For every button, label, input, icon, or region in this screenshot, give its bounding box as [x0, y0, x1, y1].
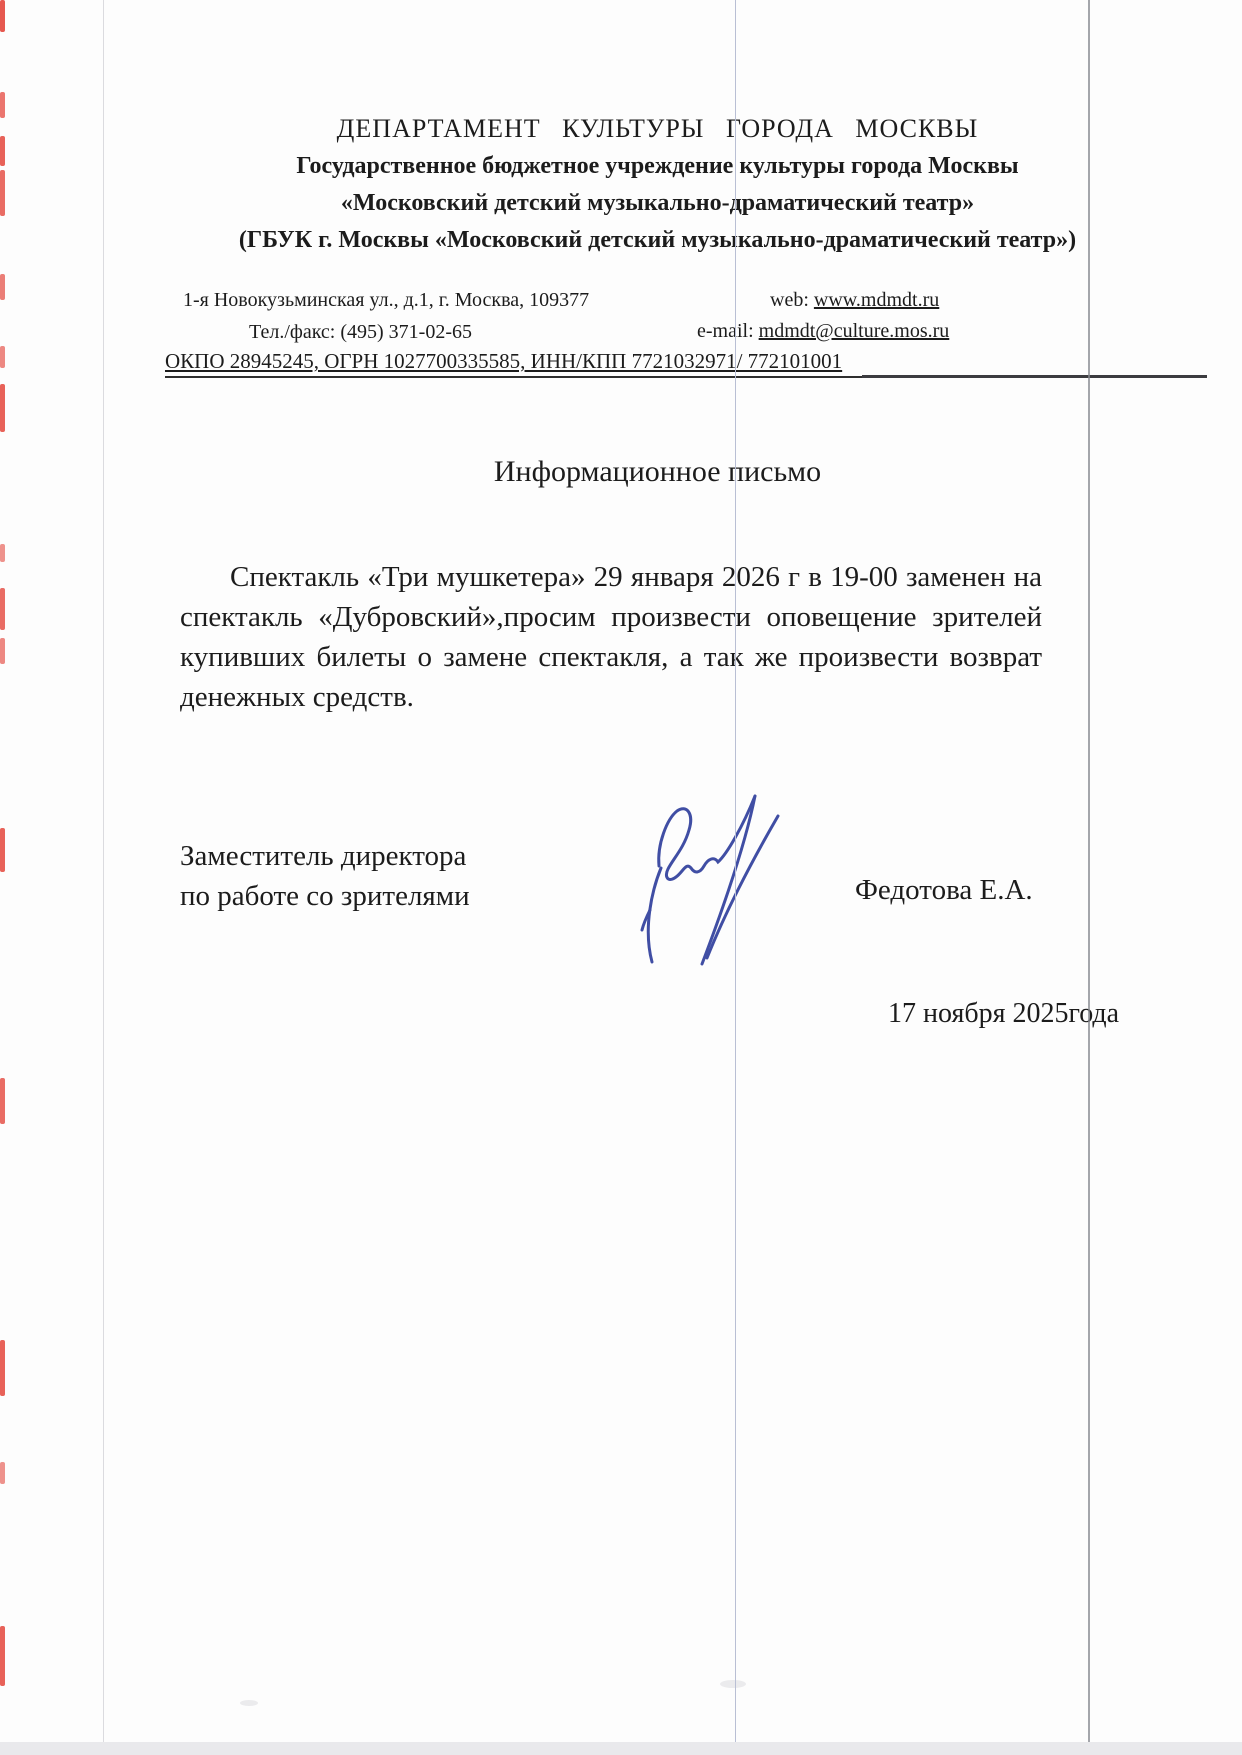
web-url: www.mdmdt.ru — [814, 289, 939, 311]
scan-edge-mark — [0, 828, 5, 872]
scan-fold-line-right — [1088, 0, 1090, 1742]
body-line: спектакль «Дубровский»,просим произвести… — [180, 597, 1042, 637]
web-label: web: — [770, 289, 814, 311]
body-paragraph: Спектакль «Три мушкетера» 29 января 2026… — [180, 557, 1042, 717]
institution-type: Государственное бюджетное учреждение кул… — [85, 148, 1230, 185]
signer-position-line1: Заместитель директора — [180, 840, 466, 873]
scan-edge-mark — [0, 638, 5, 664]
header-rule-extension — [862, 375, 1207, 378]
body-line: денежных средств. — [180, 677, 1042, 717]
scan-edge-mark — [0, 384, 5, 432]
scan-smudge — [720, 1680, 746, 1688]
scan-edge-mark — [0, 346, 5, 368]
theatre-name: «Московский детский музыкально-драматиче… — [85, 185, 1230, 222]
body-line: купивших билеты о замене спектакля, а та… — [180, 637, 1042, 677]
department-name: ДЕПАРТАМЕНТ КУЛЬТУРЫ ГОРОДА МОСКВЫ — [85, 110, 1230, 148]
document-title: Информационное письмо — [85, 455, 1230, 489]
scan-edge-mark — [0, 136, 5, 166]
address-line: 1-я Новокузьминская ул., д.1, г. Москва,… — [183, 289, 589, 312]
scan-edge-mark — [0, 92, 5, 118]
web-line: web: www.mdmdt.ru — [770, 289, 939, 312]
signer-position-line2: по работе со зрителями — [180, 880, 470, 913]
scan-fold-line-middle — [735, 0, 736, 1742]
scan-edge-mark — [0, 588, 5, 630]
letterhead: ДЕПАРТАМЕНТ КУЛЬТУРЫ ГОРОДА МОСКВЫ Госуд… — [85, 110, 1230, 259]
scan-fold-line-left — [103, 0, 104, 1742]
scan-edge-mark — [0, 274, 5, 300]
scan-bottom-shadow — [0, 1742, 1242, 1755]
email-label: e-mail: — [697, 320, 759, 342]
scan-edge-mark — [0, 1626, 5, 1686]
letter-date: 17 ноября 2025года — [888, 998, 1119, 1030]
theatre-short-name: (ГБУК г. Москвы «Московский детский музы… — [85, 222, 1230, 259]
body-line: Спектакль «Три мушкетера» 29 января 2026… — [180, 557, 1042, 597]
handwritten-signature-icon — [595, 762, 795, 972]
scanned-letter-page: ДЕПАРТАМЕНТ КУЛЬТУРЫ ГОРОДА МОСКВЫ Госуд… — [0, 0, 1242, 1755]
header-rule-under-text — [165, 376, 870, 378]
email-address: mdmdt@culture.mos.ru — [759, 320, 950, 342]
scan-edge-mark — [0, 1462, 5, 1484]
scan-edge-mark — [0, 170, 5, 216]
scan-edge-mark — [0, 0, 5, 32]
phone-line: Тел./факс: (495) 371-02-65 — [249, 321, 472, 344]
scan-edge-mark — [0, 1078, 5, 1124]
scan-edge-mark — [0, 544, 5, 562]
registry-codes-line: ОКПО 28945245, ОГРН 1027700335585, ИНН/К… — [165, 349, 842, 374]
scan-edge-mark — [0, 1340, 5, 1396]
scan-smudge — [240, 1700, 258, 1706]
signer-name: Федотова Е.А. — [855, 874, 1033, 907]
